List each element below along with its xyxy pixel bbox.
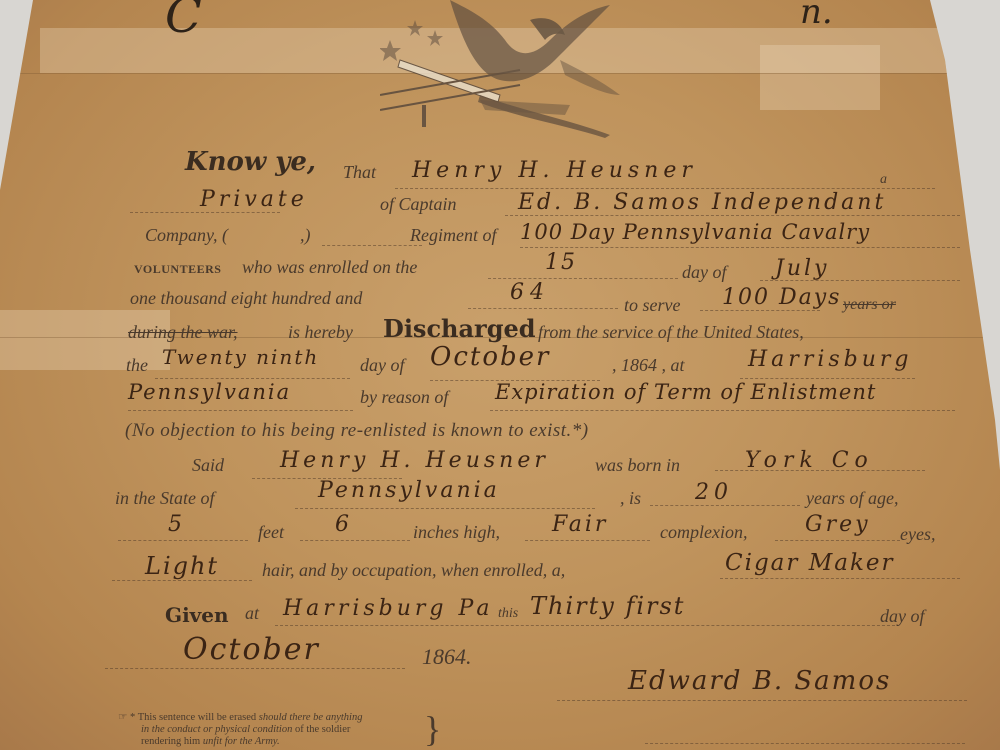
label-hair-occupation: hair, and by occupation, when enrolled, … (262, 560, 565, 581)
label-inches-high: inches high, (413, 522, 500, 543)
label-complexion: complexion, (660, 522, 747, 543)
fill-line (275, 625, 895, 626)
label-year-at: , 1864 , at (612, 355, 685, 376)
fill-line (488, 278, 678, 279)
fill-line (128, 410, 353, 411)
enroll-year: 64 (510, 280, 550, 305)
fill-line (505, 215, 960, 216)
pointing-hand-icon: ☞ (118, 712, 127, 723)
label-from-service: from the service of the United States, (538, 322, 804, 343)
enroll-day: 15 (545, 250, 577, 275)
fill-line (118, 540, 248, 541)
label-company: Company, ( (145, 225, 228, 246)
label-regiment-of: Regiment of (410, 225, 496, 246)
captain-name: Ed. B. Samos Independant (518, 190, 886, 215)
officer-signature: Edward B. Samos (628, 666, 891, 696)
discharge-day: Twenty ninth (162, 345, 319, 369)
label-feet: feet (258, 522, 284, 543)
given-place: Harrisburg Pa (283, 596, 493, 621)
fill-line (720, 578, 960, 579)
fill-line (130, 212, 280, 213)
given-year: 1864. (422, 644, 472, 670)
height-feet: 5 (168, 512, 184, 537)
fill-line (300, 540, 410, 541)
label-volunteers: VOLUNTEERS (134, 262, 221, 277)
fill-line (295, 508, 595, 509)
fill-line (105, 668, 405, 669)
height-inches: 6 (335, 512, 351, 537)
label-to-serve: to serve (624, 295, 680, 316)
label-born-in: was born in (595, 455, 680, 476)
complexion: Fair (552, 512, 608, 537)
fill-line (322, 245, 422, 246)
label-company-close: ,) (300, 225, 311, 246)
label-day-of-2: day of (360, 355, 405, 376)
footnote: ☞ * This sentence will be erased should … (118, 712, 362, 748)
label-at: at (245, 603, 259, 624)
occupation: Cigar Maker (725, 550, 895, 576)
struck-years-or: years or (843, 296, 896, 314)
footnote-line-1: ☞ * This sentence will be erased should … (118, 712, 362, 724)
label-the: the (126, 355, 148, 376)
footnote-brace: } (424, 708, 441, 750)
label-years-of-age: years of age, (806, 488, 898, 509)
soldier-name-2: Henry H. Heusner (280, 448, 549, 473)
fill-line (155, 378, 350, 379)
struck-during-war: during the war, (128, 322, 238, 343)
discharge-reason: Expiration of Term of Enlistment (495, 380, 876, 404)
discharged-heading: Discharged (383, 314, 536, 343)
given-heading: Given (165, 603, 229, 627)
reenlist-note: (No objection to his being re-enlisted i… (125, 420, 589, 442)
birth-state: Pennsylvania (318, 478, 500, 503)
label-enrolled-on: who was enrolled on the (242, 257, 417, 278)
label-day-of: day of (682, 262, 727, 283)
enroll-month: July (775, 256, 829, 281)
birthplace: York Co (745, 448, 874, 473)
opening-heading: Know ye, (185, 147, 316, 177)
discharge-place: Harrisburg (748, 347, 913, 372)
fill-line (490, 410, 955, 411)
soldier-age: 20 (695, 480, 733, 505)
discharge-month: October (430, 342, 550, 372)
header-fragment-right: n. (800, 0, 833, 32)
label-one-thousand: one thousand eight hundred and (130, 288, 362, 309)
given-day: Thirty first (530, 592, 685, 620)
eagle-engraving-icon (380, 0, 650, 138)
fill-line (775, 540, 900, 541)
hair-color: Light (145, 552, 219, 580)
fill-line (520, 247, 960, 248)
label-eyes: eyes, (900, 524, 935, 545)
label-a: a (880, 172, 887, 188)
tape-strip (760, 45, 880, 110)
fill-line (395, 188, 935, 189)
signature-line (645, 743, 965, 744)
fill-line (700, 310, 820, 311)
signature-line (557, 700, 967, 701)
label-said: Said (192, 455, 224, 476)
eye-color: Grey (805, 512, 871, 537)
fill-line (525, 540, 650, 541)
label-of-captain: of Captain (380, 194, 457, 215)
fill-line (468, 308, 618, 309)
label-day-of-3: day of (880, 606, 925, 627)
regiment-name: 100 Day Pennsylvania Cavalry (520, 220, 870, 244)
header-fragment-left: C (165, 0, 202, 44)
footnote-line-2: in the conduct or physical condition of … (118, 724, 362, 736)
fill-line (112, 580, 252, 581)
soldier-name: Henry H. Heusner (412, 158, 697, 183)
label-in-state-of: in the State of (115, 488, 214, 509)
label-is: , is (620, 488, 641, 509)
label-that: That (343, 162, 376, 183)
fill-line (740, 378, 915, 379)
footnote-line-3: rendering him unfit for the Army. (118, 736, 362, 748)
label-is-hereby: is hereby (288, 322, 353, 343)
document-paper: C n. Know ye, That Henry H. Heusner a Pr… (0, 0, 1000, 750)
soldier-rank: Private (200, 187, 308, 212)
service-term: 100 Days (722, 285, 841, 310)
discharge-state: Pennsylvania (128, 380, 291, 404)
given-month: October (183, 632, 320, 667)
label-by-reason: by reason of (360, 387, 448, 408)
fill-line (650, 505, 800, 506)
label-this: this (498, 606, 518, 622)
